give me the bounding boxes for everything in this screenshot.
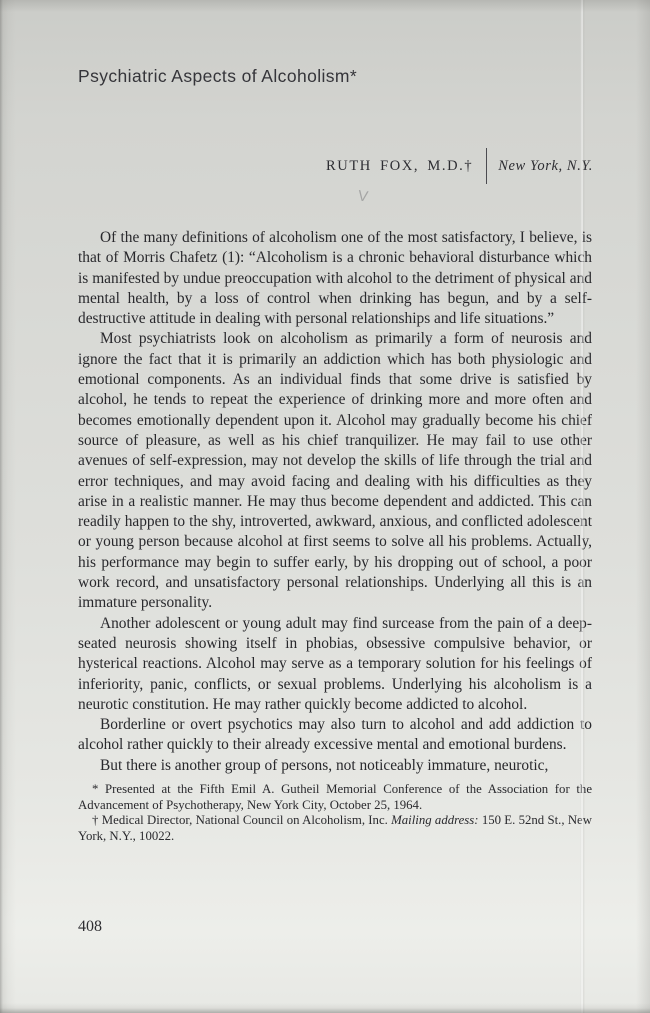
scan-edge-shadow-right <box>636 0 650 1013</box>
paragraph-adolescent-neurosis: Another adolescent or young adult may fi… <box>78 614 592 715</box>
author-location: New York, N.Y. <box>498 158 593 175</box>
article-title: Psychiatric Aspects of Alcoholism* <box>78 66 357 87</box>
scan-edge-shadow-top <box>0 0 650 12</box>
scan-edge-shadow-left <box>0 0 16 1013</box>
article-body: Of the many definitions of alcoholism on… <box>78 228 592 844</box>
byline: RUTH FOX, M.D.† New York, N.Y. <box>326 148 593 184</box>
footnote-presented-at: * Presented at the Fifth Emil A. Gutheil… <box>78 782 592 813</box>
paragraph-definition: Of the many definitions of alcoholism on… <box>78 228 592 329</box>
footnote-mailing-address-label: Mailing address: <box>391 813 478 827</box>
footnote-medical-director: † Medical Director, National Council on … <box>78 813 592 844</box>
paragraph-borderline-psychotics: Borderline or overt psychotics may also … <box>78 715 592 756</box>
scanned-journal-page: Psychiatric Aspects of Alcoholism* RUTH … <box>0 0 650 1013</box>
footnotes: * Presented at the Fifth Emil A. Gutheil… <box>78 782 592 844</box>
byline-divider <box>486 148 487 184</box>
scan-edge-shadow-bottom <box>0 1003 650 1013</box>
paragraph-psychiatrists: Most psychiatrists look on alcoholism as… <box>78 329 592 613</box>
page-number: 408 <box>78 918 102 936</box>
author-name: RUTH FOX, M.D.† <box>326 158 473 175</box>
pencil-mark: V <box>357 187 369 205</box>
paragraph-another-group: But there is another group of persons, n… <box>78 756 592 776</box>
footnote-medical-director-pre: † Medical Director, National Council on … <box>92 813 391 827</box>
